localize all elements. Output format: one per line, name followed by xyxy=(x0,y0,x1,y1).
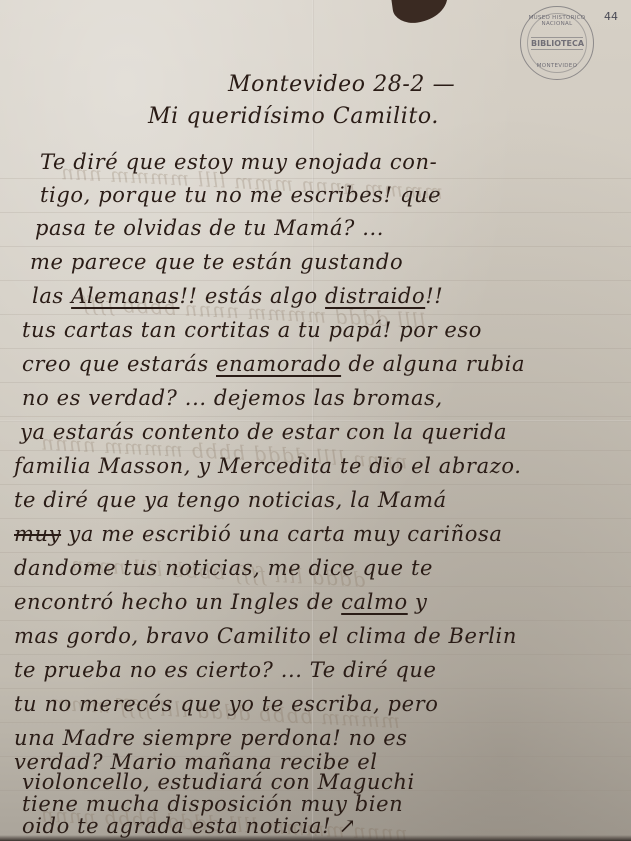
line-segment: !! xyxy=(425,284,443,308)
letter-line: una Madre siempre perdona! no es xyxy=(14,726,408,750)
letter-line: tu no merecés que yo te escriba, pero xyxy=(14,692,439,716)
stamp-top-text: MUSEO HISTORICO NACIONAL xyxy=(521,15,593,27)
ruled-line xyxy=(0,518,631,519)
letter-line: me parece que te están gustando xyxy=(30,250,403,274)
letter-line: mas gordo, bravo Camilito el clima de Be… xyxy=(14,624,517,648)
letter-line: tigo, porque tu no me escribes! que xyxy=(40,183,441,207)
letter-line: dandome tus noticias, me dice que te xyxy=(14,556,433,580)
letter-line: violoncello, estudiará con Maguchi xyxy=(22,770,415,794)
line-segment: !! estás algo xyxy=(179,284,325,308)
underlined-word: Alemanas xyxy=(71,284,179,308)
letter-line: pasa te olvidas de tu Mamá? ... xyxy=(35,216,384,240)
line-segment: las xyxy=(32,284,71,308)
folio-number: 44 xyxy=(604,10,618,23)
line-segment: de alguna rubia xyxy=(341,352,525,376)
letter-line: te prueba no es cierto? ... Te diré que xyxy=(14,658,437,682)
letter-line: tiene mucha disposición muy bien xyxy=(22,792,403,816)
letter-salutation: Mi queridísimo Camilito. xyxy=(148,104,439,129)
letter-line: te diré que ya tengo noticias, la Mamá xyxy=(14,488,447,512)
letter-line: Te diré que estoy muy enojada con- xyxy=(40,150,437,174)
ruled-line xyxy=(0,484,631,485)
line-segment: y xyxy=(408,590,428,614)
ruled-line xyxy=(0,620,631,621)
stamp-bottom-text: MONTEVIDEO xyxy=(521,63,593,69)
ruled-line xyxy=(0,280,631,281)
ruled-line xyxy=(0,212,631,213)
underlined-word: enamorado xyxy=(216,352,341,376)
underlined-word: distraido xyxy=(325,284,425,308)
ruled-line xyxy=(0,348,631,349)
stamp-center-text: BIBLIOTECA xyxy=(531,37,583,50)
letter-line: creo que estarás enamorado de alguna rub… xyxy=(22,352,525,376)
line-segment: creo que estarás xyxy=(22,352,216,376)
letter-line: muy ya me escribió una carta muy cariños… xyxy=(14,522,503,546)
ruled-line xyxy=(0,246,631,247)
ruled-line xyxy=(0,654,631,655)
line-segment: encontró hecho un Ingles de xyxy=(14,590,341,614)
struck-word: muy xyxy=(14,522,61,546)
archive-stamp: MUSEO HISTORICO NACIONAL BIBLIOTECA MONT… xyxy=(520,6,594,80)
letter-line: no es verdad? ... dejemos las bromas, xyxy=(22,386,443,410)
ruled-line xyxy=(0,416,631,417)
letter-line: tus cartas tan cortitas a tu papá! por e… xyxy=(22,318,482,342)
underlined-word: calmo xyxy=(341,590,408,614)
letter-line: las Alemanas!! estás algo distraido!! xyxy=(32,284,443,308)
line-segment: ya me escribió una carta muy cariñosa xyxy=(61,522,502,546)
ruled-line xyxy=(0,382,631,383)
ruled-line xyxy=(0,688,631,689)
photo-shadow-object xyxy=(389,0,450,26)
letter-dateline: Montevideo 28-2 — xyxy=(228,72,455,97)
letter-line: familia Masson, y Mercedita te dio el ab… xyxy=(14,454,522,478)
paper-bottom-edge xyxy=(0,835,631,841)
letter-line: ya estarás contento de estar con la quer… xyxy=(20,420,507,444)
letter-line: encontró hecho un Ingles de calmo y xyxy=(14,590,427,614)
letter-page: mmmm nnnn mmm llll mmmm nnn llll dddd mm… xyxy=(0,0,631,841)
